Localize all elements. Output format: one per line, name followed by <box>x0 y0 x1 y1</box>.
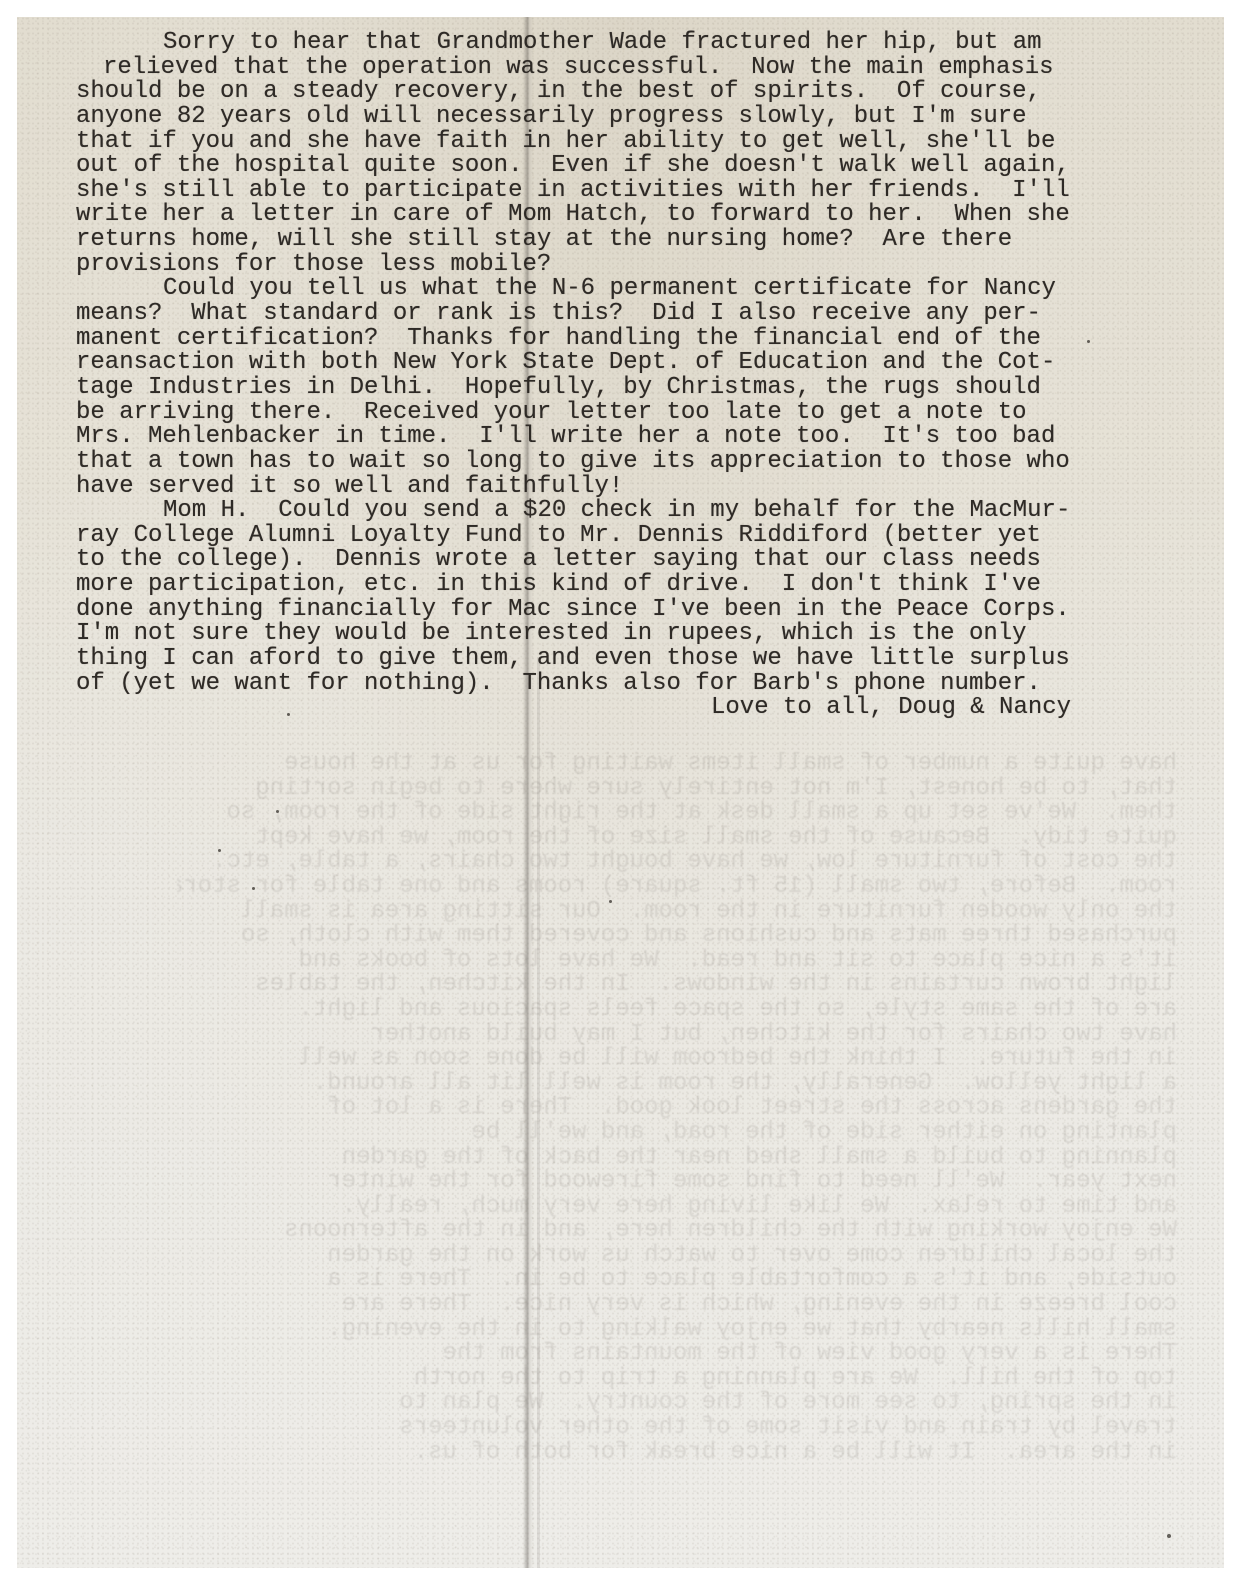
text-line: ray College Alumni Loyalty Fund to Mr. D… <box>76 524 1071 549</box>
ink-speck <box>1087 340 1090 343</box>
text-line: means? What standard or rank is this? Di… <box>76 302 1071 327</box>
text-line: returns home, will she still stay at the… <box>76 228 1071 253</box>
ink-speck <box>252 887 255 890</box>
text-line: should be on a steady recovery, in the b… <box>76 80 1071 105</box>
signature-closing: Love to all, Doug & Nancy <box>76 696 1071 721</box>
text-line: have served it so well and faithfully! <box>76 475 1071 500</box>
ink-speck <box>276 810 279 813</box>
text-line: more participation, etc. in this kind of… <box>76 573 1071 598</box>
text-line: out of the hospital quite soon. Even if … <box>76 154 1071 179</box>
ink-speck <box>609 900 612 903</box>
text-line: be arriving there. Received your letter … <box>76 401 1071 426</box>
text-line: reansaction with both New York State Dep… <box>76 351 1071 376</box>
text-line: of (yet we want for nothing). Thanks als… <box>76 672 1071 697</box>
letter-page: have quite a number of small items waiti… <box>17 17 1224 1568</box>
reverse-side-bleed-through: have quite a number of small items waiti… <box>177 752 1177 1552</box>
text-line: tage Industries in Delhi. Hopefully, by … <box>76 376 1071 401</box>
text-line: provisions for those less mobile? <box>76 253 1071 278</box>
text-line: manent certification? Thanks for handlin… <box>76 327 1071 352</box>
text-line: Mom H. Could you send a $20 check in my … <box>76 499 1071 524</box>
text-line: that a town has to wait so long to give … <box>76 450 1071 475</box>
paper-fold-shadow <box>537 657 540 1568</box>
text-line: relieved that the operation was successf… <box>76 56 1071 81</box>
text-line: anyone 82 years old will necessarily pro… <box>76 105 1071 130</box>
text-line: Mrs. Mehlenbacker in time. I'll write he… <box>76 425 1071 450</box>
letter-body: Sorry to hear that Grandmother Wade frac… <box>76 31 1071 721</box>
text-line: thing I can aford to give them, and even… <box>76 647 1071 672</box>
ink-speck <box>1167 1534 1171 1538</box>
ink-speck <box>218 849 221 852</box>
ink-speck <box>287 713 290 716</box>
text-line: she's still able to participate in activ… <box>76 179 1071 204</box>
text-line: Could you tell us what the N-6 permanent… <box>76 277 1071 302</box>
text-line: I'm not sure they would be interested in… <box>76 622 1071 647</box>
text-line: Sorry to hear that Grandmother Wade frac… <box>76 31 1071 56</box>
text-line: write her a letter in care of Mom Hatch,… <box>76 203 1071 228</box>
text-line: to the college). Dennis wrote a letter s… <box>76 548 1071 573</box>
text-line: done anything financially for Mac since … <box>76 598 1071 623</box>
text-line: that if you and she have faith in her ab… <box>76 130 1071 155</box>
